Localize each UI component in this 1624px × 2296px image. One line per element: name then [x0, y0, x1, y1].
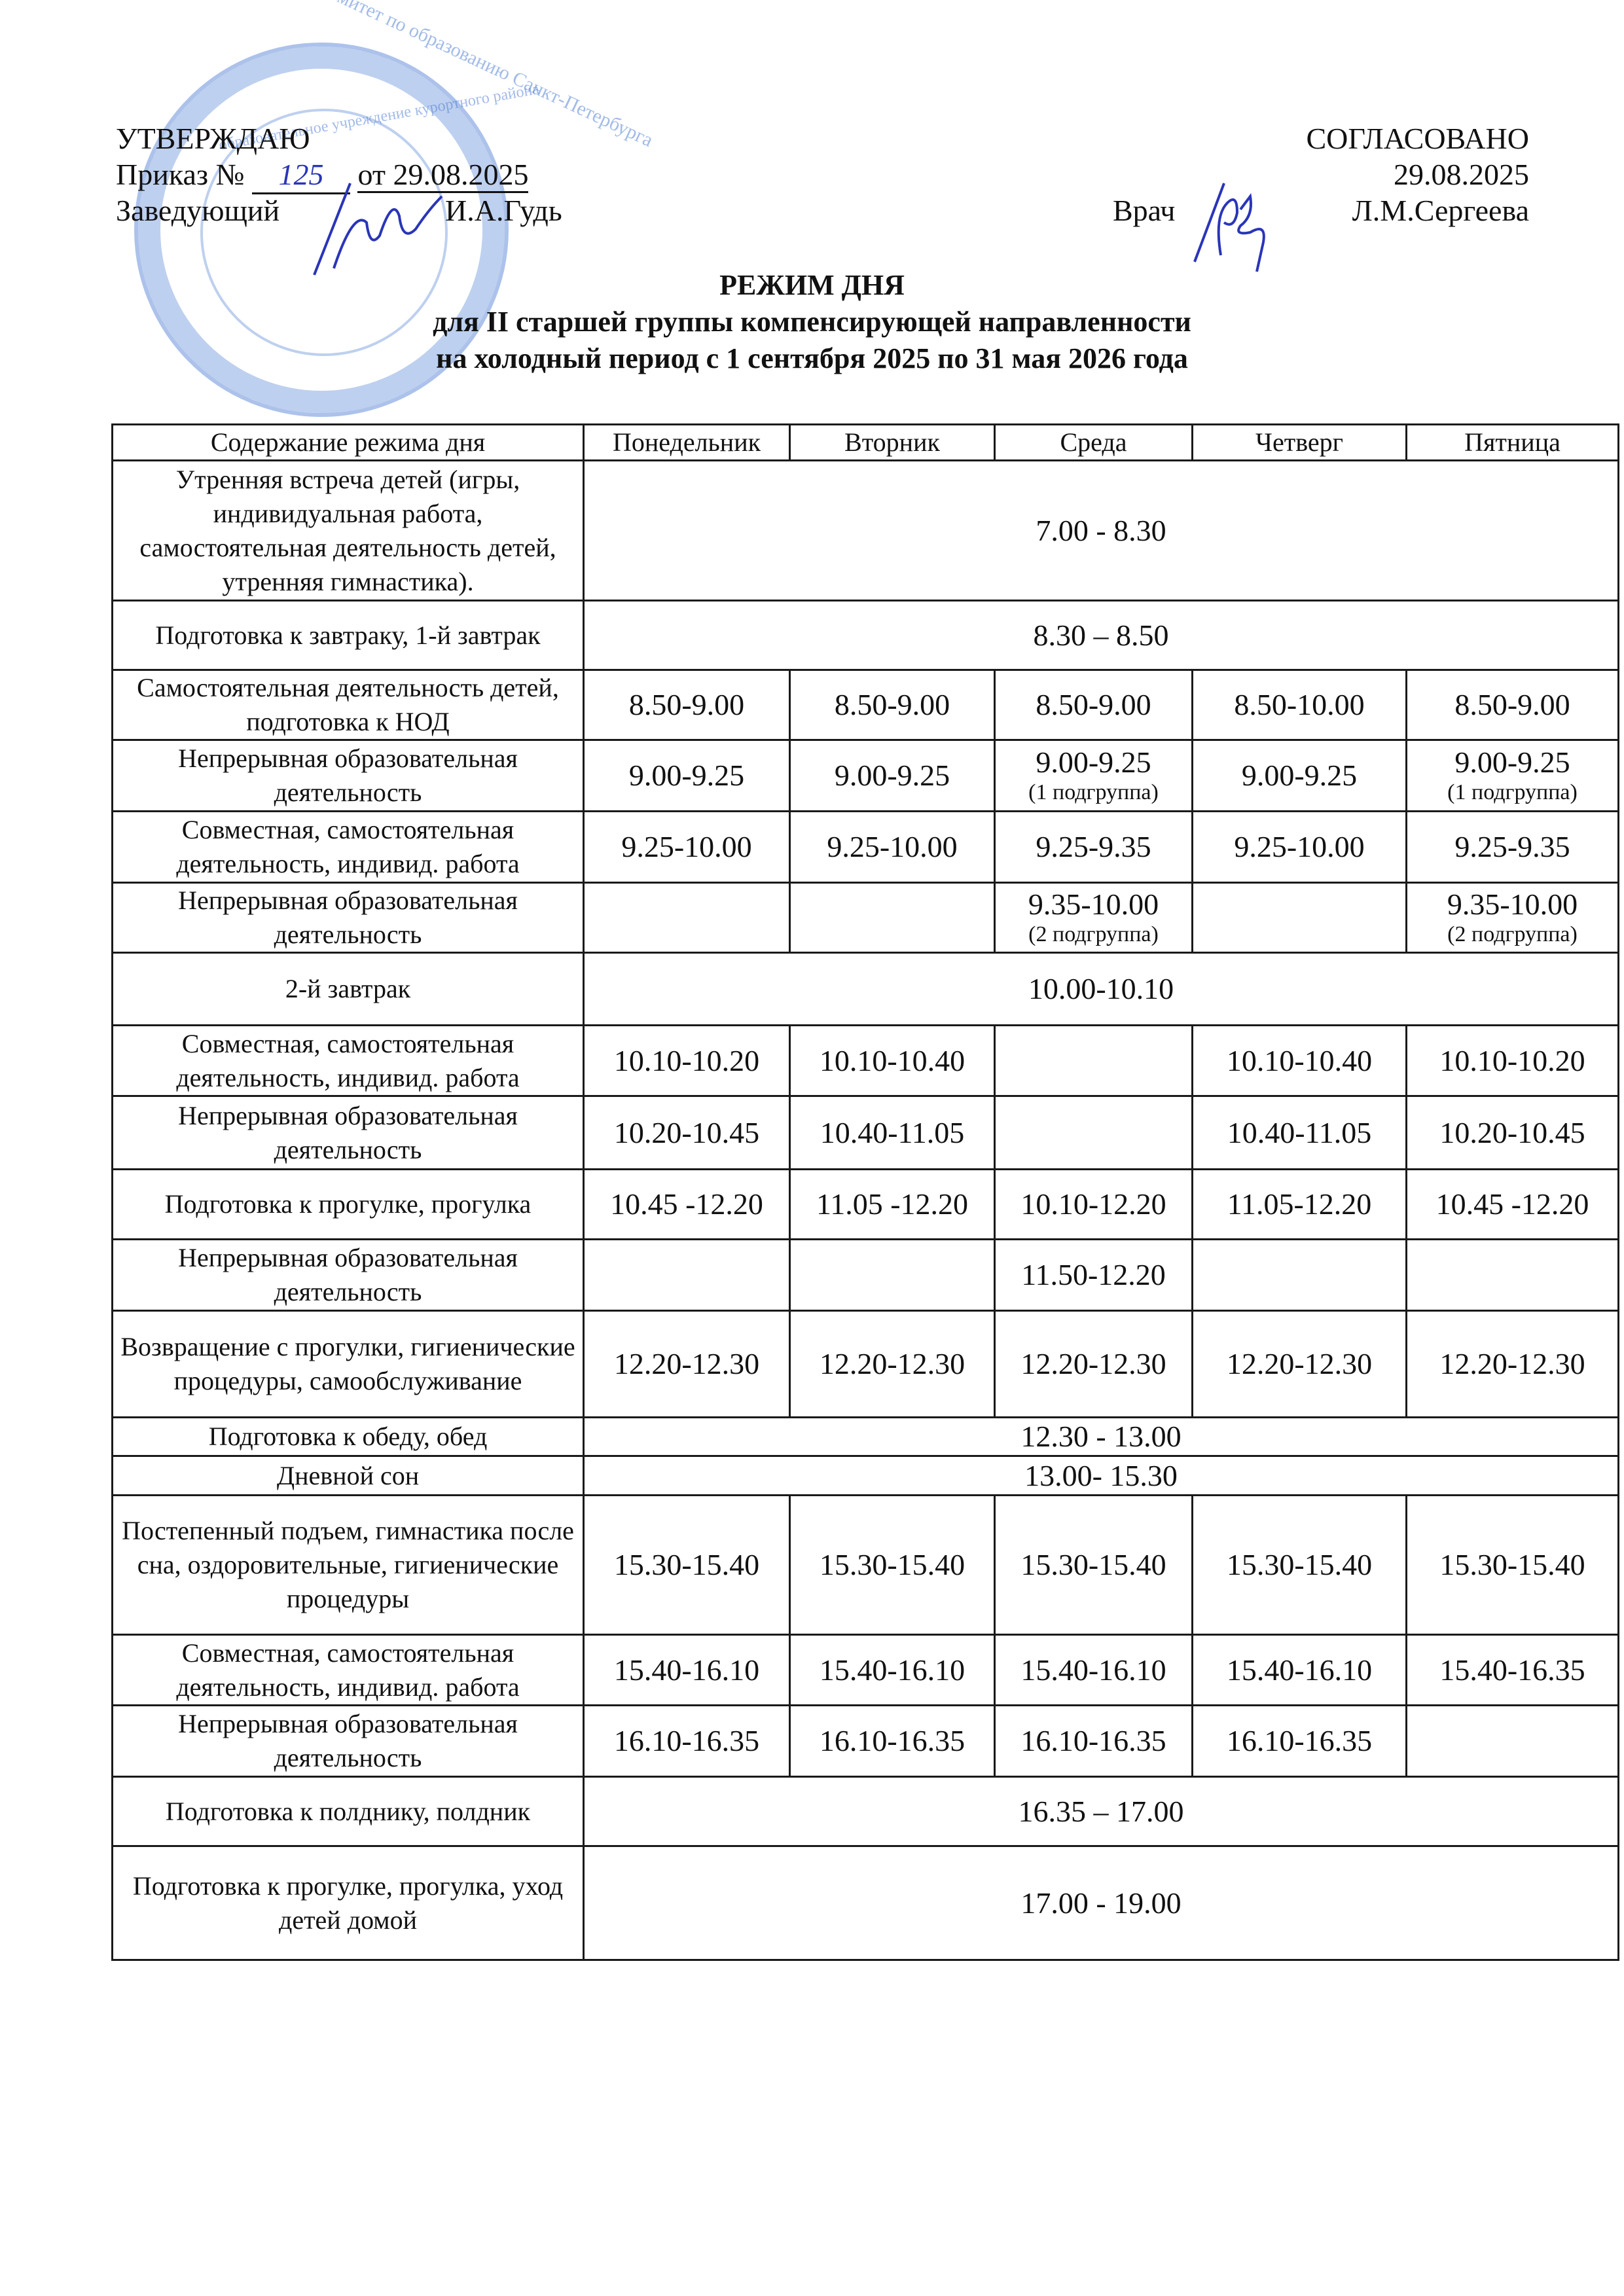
time-monday [584, 1240, 790, 1311]
subgroup-note: (2 подгруппа) [1411, 922, 1614, 948]
table-row: Совместная, самостоятельная деятельность… [113, 1635, 1619, 1706]
activity-label: Подготовка к завтраку, 1-й завтрак [113, 601, 584, 670]
time-value: 9.35-10.00 [1028, 888, 1159, 921]
time-value: 15.30-15.40 [1227, 1548, 1372, 1581]
time-value: 10.10-10.20 [614, 1044, 759, 1077]
time-value: 15.40-16.10 [820, 1653, 965, 1687]
activity-label: Совместная, самостоятельная деятельность… [113, 1635, 584, 1706]
director-signature-icon [288, 170, 445, 281]
header-friday: Пятница [1407, 425, 1619, 461]
time-value: 12.20-12.30 [820, 1347, 965, 1380]
header-monday: Понедельник [584, 425, 790, 461]
time-tuesday: 16.10-16.35 [790, 1706, 995, 1777]
table-row: Непрерывная образовательная деятельность… [113, 740, 1619, 812]
time-tuesday: 9.25-10.00 [790, 812, 995, 883]
table-row: Подготовка к прогулке, прогулка10.45 -12… [113, 1170, 1619, 1240]
time-wednesday [995, 1026, 1193, 1096]
time-wednesday: 15.40-16.10 [995, 1635, 1193, 1706]
time-tuesday: 12.20-12.30 [790, 1311, 995, 1418]
activity-label: Непрерывная образовательная деятельность [113, 883, 584, 953]
agreed-heading: СОГЛАСОВАНО [1306, 121, 1529, 156]
time-wednesday: 9.25-9.35 [995, 812, 1193, 883]
time-value: 9.00-9.25 [1454, 745, 1570, 779]
subgroup-note: (2 подгруппа) [1000, 922, 1187, 948]
header-thursday: Четверг [1193, 425, 1407, 461]
time-friday [1407, 1240, 1619, 1311]
page-title: РЕЖИМ ДНЯ [0, 267, 1624, 304]
time-value: 11.05 -12.20 [816, 1187, 968, 1221]
time-wednesday: 9.35-10.00(2 подгруппа) [995, 883, 1193, 953]
time-tuesday: 15.40-16.10 [790, 1635, 995, 1706]
time-friday: 9.35-10.00(2 подгруппа) [1407, 883, 1619, 953]
time-monday: 10.45 -12.20 [584, 1170, 790, 1240]
time-thursday: 8.50-10.00 [1193, 670, 1407, 740]
time-monday: 15.30-15.40 [584, 1496, 790, 1635]
time-friday: 9.00-9.25(1 подгруппа) [1407, 740, 1619, 812]
activity-label: Возвращение с прогулки, гигиенические пр… [113, 1311, 584, 1418]
subgroup-note: (1 подгруппа) [1411, 780, 1614, 806]
time-tuesday: 10.40-11.05 [790, 1096, 995, 1170]
table-row: Непрерывная образовательная деятельность… [113, 1706, 1619, 1777]
time-value: 9.25-10.00 [621, 830, 751, 863]
time-value: 8.50-9.00 [835, 688, 950, 721]
time-wednesday: 10.10-12.20 [995, 1170, 1193, 1240]
table-row: Постепенный подъем, гимнастика после сна… [113, 1496, 1619, 1635]
time-all-days: 13.00- 15.30 [584, 1456, 1619, 1496]
time-all-days: 16.35 – 17.00 [584, 1777, 1619, 1846]
time-thursday: 10.10-10.40 [1193, 1026, 1407, 1096]
time-value: 12.20-12.30 [1227, 1347, 1372, 1380]
activity-label: Подготовка к прогулке, прогулка, уход де… [113, 1846, 584, 1960]
approve-name: И.А.Гудь [445, 193, 562, 228]
time-thursday: 15.40-16.10 [1193, 1635, 1407, 1706]
time-friday: 15.40-16.35 [1407, 1635, 1619, 1706]
time-value: 9.25-9.35 [1036, 830, 1151, 863]
time-friday [1407, 1706, 1619, 1777]
time-value: 9.25-10.00 [1234, 830, 1364, 863]
header-wednesday: Среда [995, 425, 1193, 461]
time-value: 9.25-9.35 [1454, 830, 1570, 863]
time-friday: 10.20-10.45 [1407, 1096, 1619, 1170]
time-value: 8.50-9.00 [1036, 688, 1151, 721]
subgroup-note: (1 подгруппа) [1000, 780, 1187, 806]
approve-position: Заведующий [116, 193, 280, 228]
time-value: 16.10-16.35 [614, 1724, 759, 1757]
table-row: Подготовка к полднику, полдник16.35 – 17… [113, 1777, 1619, 1846]
time-tuesday: 11.05 -12.20 [790, 1170, 995, 1240]
table-row: Непрерывная образовательная деятельность… [113, 1096, 1619, 1170]
time-value: 9.00-9.25 [1036, 745, 1151, 779]
time-wednesday: 11.50-12.20 [995, 1240, 1193, 1311]
time-value: 10.10-12.20 [1020, 1187, 1166, 1221]
table-row: Утренняя встреча детей (игры, индивидуал… [113, 461, 1619, 601]
time-all-days: 10.00-10.10 [584, 953, 1619, 1026]
time-value: 12.20-12.30 [1020, 1347, 1166, 1380]
agreed-position: Врач [1113, 193, 1175, 228]
table-row: Подготовка к завтраку, 1-й завтрак8.30 –… [113, 601, 1619, 670]
page-subtitle-period: на холодный период с 1 сентября 2025 по … [0, 340, 1624, 377]
time-monday: 9.00-9.25 [584, 740, 790, 812]
activity-label: Непрерывная образовательная деятельность [113, 1096, 584, 1170]
time-wednesday: 12.20-12.30 [995, 1311, 1193, 1418]
time-tuesday: 10.10-10.40 [790, 1026, 995, 1096]
time-all-days: 8.30 – 8.50 [584, 601, 1619, 670]
time-value: 15.30-15.40 [820, 1548, 965, 1581]
time-thursday: 15.30-15.40 [1193, 1496, 1407, 1635]
time-friday: 10.10-10.20 [1407, 1026, 1619, 1096]
activity-label: Совместная, самостоятельная деятельность… [113, 1026, 584, 1096]
time-value: 9.35-10.00 [1447, 888, 1578, 921]
time-value: 10.40-11.05 [820, 1116, 965, 1149]
time-value: 10.45 -12.20 [1436, 1187, 1589, 1221]
activity-label: Непрерывная образовательная деятельность [113, 740, 584, 812]
time-value: 16.10-16.35 [1020, 1724, 1166, 1757]
time-monday: 10.10-10.20 [584, 1026, 790, 1096]
time-value: 9.00-9.25 [1242, 759, 1357, 792]
activity-label: Подготовка к обеду, обед [113, 1418, 584, 1456]
time-value: 10.20-10.45 [614, 1116, 759, 1149]
time-wednesday [995, 1096, 1193, 1170]
time-thursday: 10.40-11.05 [1193, 1096, 1407, 1170]
table-row: Непрерывная образовательная деятельность… [113, 1240, 1619, 1311]
activity-label: Дневной сон [113, 1456, 584, 1496]
time-wednesday: 9.00-9.25(1 подгруппа) [995, 740, 1193, 812]
time-tuesday [790, 1240, 995, 1311]
time-value: 12.20-12.30 [1439, 1347, 1585, 1380]
time-value: 9.00-9.25 [629, 759, 744, 792]
time-monday: 8.50-9.00 [584, 670, 790, 740]
time-value: 10.45 -12.20 [610, 1187, 763, 1221]
time-value: 15.40-16.10 [1227, 1653, 1372, 1687]
table-row: Дневной сон13.00- 15.30 [113, 1456, 1619, 1496]
time-value: 10.10-10.20 [1439, 1044, 1585, 1077]
time-friday: 10.45 -12.20 [1407, 1170, 1619, 1240]
activity-label: Непрерывная образовательная деятельность [113, 1240, 584, 1311]
time-thursday: 16.10-16.35 [1193, 1706, 1407, 1777]
time-value: 15.40-16.10 [614, 1653, 759, 1687]
time-monday [584, 883, 790, 953]
table-row: Возвращение с прогулки, гигиенические пр… [113, 1311, 1619, 1418]
time-monday: 12.20-12.30 [584, 1311, 790, 1418]
time-wednesday: 16.10-16.35 [995, 1706, 1193, 1777]
time-thursday [1193, 883, 1407, 953]
time-tuesday: 9.00-9.25 [790, 740, 995, 812]
doctor-signature-icon [1188, 177, 1280, 281]
time-value: 15.40-16.10 [1020, 1653, 1166, 1687]
time-value: 9.00-9.25 [835, 759, 950, 792]
activity-label: Подготовка к полднику, полдник [113, 1777, 584, 1846]
time-value: 15.30-15.40 [1439, 1548, 1585, 1581]
activity-label: Постепенный подъем, гимнастика после сна… [113, 1496, 584, 1635]
time-wednesday: 15.30-15.40 [995, 1496, 1193, 1635]
time-all-days: 12.30 - 13.00 [584, 1418, 1619, 1456]
header-tuesday: Вторник [790, 425, 995, 461]
table-header-row: Содержание режима дня Понедельник Вторни… [113, 425, 1619, 461]
activity-label: Утренняя встреча детей (игры, индивидуал… [113, 461, 584, 601]
time-value: 8.50-9.00 [629, 688, 744, 721]
time-value: 9.25-10.00 [827, 830, 957, 863]
table-row: 2-й завтрак10.00-10.10 [113, 953, 1619, 1026]
time-friday: 12.20-12.30 [1407, 1311, 1619, 1418]
time-value: 12.20-12.30 [614, 1347, 759, 1380]
table-row: Совместная, самостоятельная деятельность… [113, 1026, 1619, 1096]
table-row: Совместная, самостоятельная деятельность… [113, 812, 1619, 883]
time-thursday: 9.25-10.00 [1193, 812, 1407, 883]
time-friday: 9.25-9.35 [1407, 812, 1619, 883]
time-value: 15.40-16.35 [1439, 1653, 1585, 1687]
time-tuesday: 15.30-15.40 [790, 1496, 995, 1635]
time-tuesday: 8.50-9.00 [790, 670, 995, 740]
time-value: 8.50-10.00 [1234, 688, 1364, 721]
time-thursday: 12.20-12.30 [1193, 1311, 1407, 1418]
time-all-days: 7.00 - 8.30 [584, 461, 1619, 601]
time-value: 8.50-9.00 [1454, 688, 1570, 721]
table-row: Подготовка к обеду, обед12.30 - 13.00 [113, 1418, 1619, 1456]
header-activity: Содержание режима дня [113, 425, 584, 461]
activity-label: Самостоятельная деятельность детей, подг… [113, 670, 584, 740]
time-value: 10.20-10.45 [1439, 1116, 1585, 1149]
agreed-date: 29.08.2025 [1394, 157, 1529, 192]
time-monday: 16.10-16.35 [584, 1706, 790, 1777]
order-prefix: Приказ № [116, 158, 244, 191]
time-friday: 15.30-15.40 [1407, 1496, 1619, 1635]
activity-label: Подготовка к прогулке, прогулка [113, 1170, 584, 1240]
time-value: 16.10-16.35 [1227, 1724, 1372, 1757]
time-wednesday: 8.50-9.00 [995, 670, 1193, 740]
page-subtitle-group: для II старшей группы компенсирующей нап… [0, 304, 1624, 340]
time-tuesday [790, 883, 995, 953]
time-value: 10.10-10.40 [820, 1044, 965, 1077]
time-value: 11.50-12.20 [1021, 1258, 1166, 1291]
time-monday: 10.20-10.45 [584, 1096, 790, 1170]
activity-label: 2-й завтрак [113, 953, 584, 1026]
time-thursday [1193, 1240, 1407, 1311]
approve-heading: УТВЕРЖДАЮ [116, 121, 310, 156]
schedule-table: Содержание режима дня Понедельник Вторни… [111, 423, 1619, 1961]
activity-label: Непрерывная образовательная деятельность [113, 1706, 584, 1777]
table-row: Подготовка к прогулке, прогулка, уход де… [113, 1846, 1619, 1960]
activity-label: Совместная, самостоятельная деятельность… [113, 812, 584, 883]
agreed-name: Л.М.Сергеева [1352, 193, 1529, 228]
time-all-days: 17.00 - 19.00 [584, 1846, 1619, 1960]
time-friday: 8.50-9.00 [1407, 670, 1619, 740]
table-row: Непрерывная образовательная деятельность… [113, 883, 1619, 953]
time-value: 15.30-15.40 [614, 1548, 759, 1581]
time-value: 16.10-16.35 [820, 1724, 965, 1757]
table-row: Самостоятельная деятельность детей, подг… [113, 670, 1619, 740]
time-value: 15.30-15.40 [1020, 1548, 1166, 1581]
time-thursday: 11.05-12.20 [1193, 1170, 1407, 1240]
time-monday: 15.40-16.10 [584, 1635, 790, 1706]
time-thursday: 9.00-9.25 [1193, 740, 1407, 812]
time-value: 10.40-11.05 [1227, 1116, 1372, 1149]
time-value: 11.05-12.20 [1227, 1187, 1372, 1221]
time-value: 10.10-10.40 [1227, 1044, 1372, 1077]
time-monday: 9.25-10.00 [584, 812, 790, 883]
